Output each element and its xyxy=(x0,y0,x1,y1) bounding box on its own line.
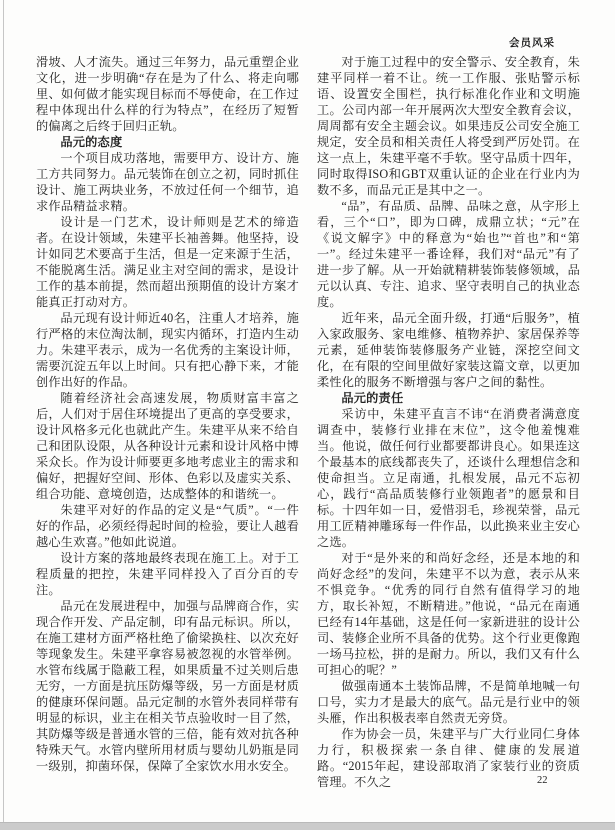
section-header: 会员风采 xyxy=(509,35,555,50)
paragraph: 做强南通本土装饰品牌，不是简单地喊一句口号，实力才是最大的底气。品元是行业中的领… xyxy=(317,678,580,726)
paragraph: 采访中，朱建平直言不讳“在消费者满意度调查中，装修行业排在末位”，这令他羞愧难当… xyxy=(317,406,580,550)
paragraph: 品元现有设计师近40名，注重人才培养，施行严格的末位淘汰制，现实内循环，打造内生… xyxy=(36,310,299,390)
paragraph: 对于“是外来的和尚好念经，还是本地的和尚好念经”的发问，朱建平不以为意，表示从来… xyxy=(317,550,580,678)
section-heading: 品元的态度 xyxy=(36,134,299,150)
paragraph: “品”，有品质、品牌、品味之意，从字形上看，三个“口”，即为口碑，成鼎立状；“元… xyxy=(317,198,580,310)
paragraph: 滑坡、人才流失。通过三年努力，品元重塑企业文化，进一步明确“存在是为了什么、将走… xyxy=(36,54,299,134)
section-heading: 品元的责任 xyxy=(317,390,580,406)
paragraph: 近年来，品元全面升级，打通“后服务”，植入家政服务、家电维修、植物养护、家居保养… xyxy=(317,310,580,390)
paragraph: 品元在发展进程中，加强与品牌商合作，实现合作开发、产品定制，印有品元标识。所以，… xyxy=(36,598,299,774)
magazine-page: 会员风采 滑坡、人才流失。通过三年努力，品元重塑企业文化，进一步明确“存在是为了… xyxy=(0,0,615,830)
paragraph: 设计方案的落地最终表现在施工上。对于工程质量的把控，朱建平同样投入了百分百的专注… xyxy=(36,550,299,598)
left-column: 滑坡、人才流失。通过三年努力，品元重塑企业文化，进一步明确“存在是为了什么、将走… xyxy=(36,54,299,774)
paragraph: 一个项目成功落地，需要甲方、设计方、施工方共同努力。品元装饰在创立之初，同时抓住… xyxy=(36,150,299,214)
page-number: 22 xyxy=(537,775,548,786)
paragraph: 设计是一门艺术，设计师则是艺术的缔造者。在设计领域，朱建平长袖善舞。他坚持，设计… xyxy=(36,214,299,310)
right-column: 对于施工过程中的安全警示、安全教育，朱建平同样一着不让。统一工作服、张贴警示标语… xyxy=(317,54,580,790)
scan-edge-bottom xyxy=(0,822,615,830)
paragraph: 对于施工过程中的安全警示、安全教育，朱建平同样一着不让。统一工作服、张贴警示标语… xyxy=(317,54,580,198)
paragraph: 随着经济社会高速发展，物质财富丰富之后，人们对于居住环境提出了更高的享受要求，设… xyxy=(36,390,299,502)
paragraph: 朱建平对好的作品的定义是“气质”。“一件好的作品，必须经得起时间的检验，要让人越… xyxy=(36,502,299,550)
scan-edge-left xyxy=(3,0,4,830)
